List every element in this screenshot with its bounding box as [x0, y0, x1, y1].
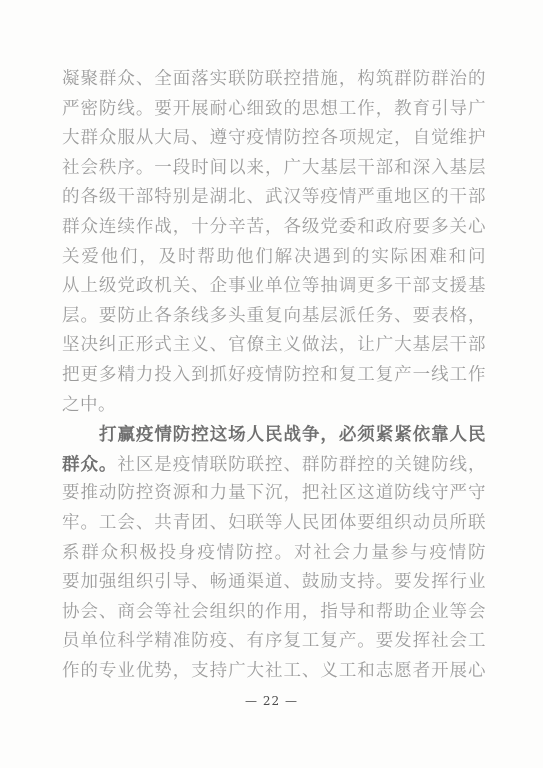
text-line: 群众连续作战，十分辛苦，各级党委和政府要多关心: [62, 213, 486, 243]
text-line: 要推动防控资源和力量下沉，把社区这道防线守严守: [62, 479, 486, 509]
text-line: 把更多精力投入到抓好疫情防控和复工复产一线工作: [62, 361, 486, 391]
text-line: 从上级党政机关、企事业单位等抽调更多干部支援基: [62, 272, 486, 302]
regular-segment: 社区是疫情联防联控、群防群控的关键防线，: [117, 455, 486, 475]
text-line: 严密防线。要开展耐心细致的思想工作，教育引导广: [62, 95, 486, 125]
text-line: 协会、商会等社会组织的作用，指导和帮助企业等会: [62, 598, 486, 628]
body-text-block: 凝聚群众、全面落实联防联控措施，构筑群防群治的 严密防线。要开展耐心细致的思想工…: [62, 65, 486, 686]
text-line: 关爱他们，及时帮助他们解决遇到的实际困难和问题，: [62, 243, 486, 273]
text-line: 的各级干部特别是湖北、武汉等疫情严重地区的干部: [62, 183, 486, 213]
bold-segment: 群众。: [62, 454, 117, 474]
text-line: 层。要防止各条线多头重复向基层派任务、要表格，: [62, 302, 486, 332]
text-line: 牢。工会、共青团、妇联等人民团体要组织动员所联: [62, 509, 486, 539]
text-line: 要加强组织引导、畅通渠道、鼓励支持。要发挥行业: [62, 568, 486, 598]
page-number: — 22 —: [0, 694, 543, 708]
document-page: 凝聚群众、全面落实联防联控措施，构筑群防群治的 严密防线。要开展耐心细致的思想工…: [0, 0, 543, 768]
text-line: 坚决纠正形式主义、官僚主义做法，让广大基层干部: [62, 331, 486, 361]
text-line: 员单位科学精准防疫、有序复工复产。要发挥社会工: [62, 627, 486, 657]
text-line: 凝聚群众、全面落实联防联控措施，构筑群防群治的: [62, 65, 486, 95]
mixed-bold-regular-line: 群众。社区是疫情联防联控、群防群控的关键防线，: [62, 450, 486, 480]
text-line: 社会秩序。一段时间以来，广大基层干部和深入基层: [62, 154, 486, 184]
text-line: 系群众积极投身疫情防控。对社会力量参与疫情防控，: [62, 539, 486, 569]
text-line: 作的专业优势，支持广大社工、义工和志愿者开展心: [62, 657, 486, 687]
paragraph-end-line: 之中。: [62, 391, 486, 421]
text-line: 大群众服从大局、遵守疫情防控各项规定，自觉维护: [62, 124, 486, 154]
bold-lead-line: 打赢疫情防控这场人民战争，必须紧紧依靠人民: [62, 420, 486, 450]
